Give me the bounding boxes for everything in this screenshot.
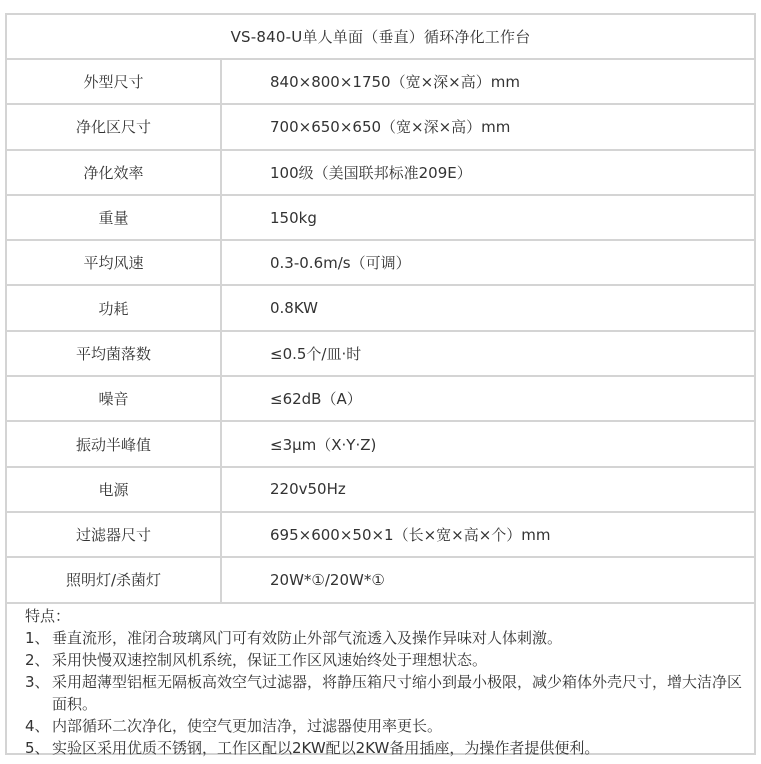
- spec-row-power: 功耗 0.8KW: [7, 286, 754, 331]
- spec-label: 平均风速: [7, 241, 222, 284]
- spec-label: 外型尺寸: [7, 60, 222, 103]
- spec-label: 净化效率: [7, 151, 222, 194]
- spec-label: 电源: [7, 468, 222, 511]
- spec-row-vibration: 振动半峰值 ≤3μm（X·Y·Z): [7, 422, 754, 467]
- spec-row-weight: 重量 150kg: [7, 196, 754, 241]
- spec-row-power-supply: 电源 220v50Hz: [7, 468, 754, 513]
- product-title: VS-840-U单人单面（垂直）循环净化工作台: [7, 15, 754, 60]
- spec-label: 振动半峰值: [7, 422, 222, 465]
- feature-item: 3、 采用超薄型铝框无隔板高效空气过滤器，将静压箱尺寸缩小到最小极限，减少箱体外…: [25, 671, 742, 715]
- feature-text: 垂直流形，准闭合玻璃风门可有效防止外部气流透入及操作异味对人体刺激。: [52, 627, 742, 649]
- spec-value: ≤3μm（X·Y·Z): [222, 422, 754, 465]
- feature-text: 内部循环二次净化，使空气更加洁净，过滤器使用率更长。: [52, 715, 742, 737]
- spec-row-noise: 噪音 ≤62dB（A）: [7, 377, 754, 422]
- spec-sheet: VS-840-U单人单面（垂直）循环净化工作台 外型尺寸 840×800×175…: [5, 13, 756, 755]
- feature-item: 4、 内部循环二次净化，使空气更加洁净，过滤器使用率更长。: [25, 715, 742, 737]
- spec-value: ≤0.5个/皿·时: [222, 332, 754, 375]
- spec-label: 重量: [7, 196, 222, 239]
- feature-number: 4、: [25, 715, 52, 737]
- feature-item: 2、 采用快慢双速控制风机系统，保证工作区风速始终处于理想状态。: [25, 649, 742, 671]
- feature-number: 2、: [25, 649, 52, 671]
- feature-number: 1、: [25, 627, 52, 649]
- spec-value: 0.3-0.6m/s（可调）: [222, 241, 754, 284]
- feature-text: 采用超薄型铝框无隔板高效空气过滤器，将静压箱尺寸缩小到最小极限，减少箱体外壳尺寸…: [52, 671, 742, 715]
- spec-value: 100级（美国联邦标准209E）: [222, 151, 754, 194]
- spec-label: 过滤器尺寸: [7, 513, 222, 556]
- spec-label: 净化区尺寸: [7, 105, 222, 148]
- feature-text: 采用快慢双速控制风机系统，保证工作区风速始终处于理想状态。: [52, 649, 742, 671]
- spec-row-clean-area-size: 净化区尺寸 700×650×650（宽×深×高）mm: [7, 105, 754, 150]
- spec-label: 噪音: [7, 377, 222, 420]
- spec-row-dimensions: 外型尺寸 840×800×1750（宽×深×高）mm: [7, 60, 754, 105]
- spec-row-filter-size: 过滤器尺寸 695×600×50×1（长×宽×高×个）mm: [7, 513, 754, 558]
- spec-value: 695×600×50×1（长×宽×高×个）mm: [222, 513, 754, 556]
- spec-label: 照明灯/杀菌灯: [7, 558, 222, 601]
- features-heading: 特点：: [25, 605, 742, 627]
- spec-label: 功耗: [7, 286, 222, 329]
- spec-value: 20W*①/20W*①: [222, 558, 754, 601]
- feature-item: 5、 实验区采用优质不锈钢，工作区配以2KW配以2KW备用插座，为操作者提供便利…: [25, 737, 742, 759]
- feature-number: 5、: [25, 737, 52, 759]
- spec-row-colony-count: 平均菌落数 ≤0.5个/皿·时: [7, 332, 754, 377]
- spec-value: 150kg: [222, 196, 754, 239]
- spec-row-air-speed: 平均风速 0.3-0.6m/s（可调）: [7, 241, 754, 286]
- spec-row-lamps: 照明灯/杀菌灯 20W*①/20W*①: [7, 558, 754, 603]
- feature-item: 1、 垂直流形，准闭合玻璃风门可有效防止外部气流透入及操作异味对人体刺激。: [25, 627, 742, 649]
- feature-number: 3、: [25, 671, 52, 715]
- feature-text: 实验区采用优质不锈钢，工作区配以2KW配以2KW备用插座，为操作者提供便利。: [52, 737, 742, 759]
- spec-value: 0.8KW: [222, 286, 754, 329]
- spec-value: 700×650×650（宽×深×高）mm: [222, 105, 754, 148]
- spec-value: 840×800×1750（宽×深×高）mm: [222, 60, 754, 103]
- features-section: 特点： 1、 垂直流形，准闭合玻璃风门可有效防止外部气流透入及操作异味对人体刺激…: [7, 604, 754, 759]
- spec-value: 220v50Hz: [222, 468, 754, 511]
- spec-row-efficiency: 净化效率 100级（美国联邦标准209E）: [7, 151, 754, 196]
- spec-value: ≤62dB（A）: [222, 377, 754, 420]
- spec-label: 平均菌落数: [7, 332, 222, 375]
